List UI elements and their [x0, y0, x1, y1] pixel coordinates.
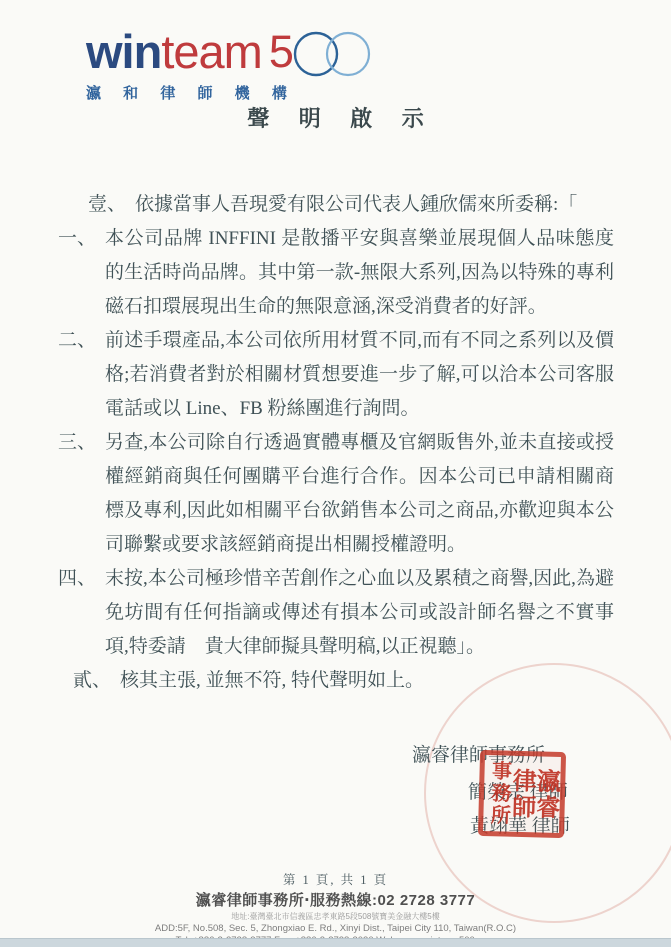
square-seal-stamp: 事務所 律師 瀛睿: [478, 750, 566, 838]
statement-item-2: 二、 前述手環產品,本公司依所用材質不同,而有不同之系列以及價格;若消費者對於相…: [58, 324, 614, 426]
closing-label: 貳、: [73, 664, 120, 698]
item-label: 四、: [58, 562, 105, 664]
statement-item-4: 四、 末按,本公司極珍惜辛苦創作之心血以及累積之商譽,因此,為避免坊間有任何指謫…: [58, 562, 614, 664]
page-number: 第 1 頁, 共 1 頁: [0, 870, 671, 888]
item-label: 三、: [58, 426, 105, 562]
statement-item-1: 一、 本公司品牌 INFFINI 是散播平安與喜樂並展現個人品味態度的生活時尚品…: [58, 222, 614, 324]
footer-firm-hotline: 瀛睿律師事務所‧服務熱線:02 2728 3777: [0, 889, 671, 910]
statement-item-3: 三、 另查,本公司除自行透過實體專櫃及官網販售外,並未直接或授權經銷商與任何團購…: [58, 426, 614, 562]
item-text: 另查,本公司除自行透過實體專櫃及官網販售外,並未直接或授權經銷商與任何團購平台進…: [105, 426, 614, 562]
intro-label: 壹、: [88, 188, 135, 222]
item-text: 末按,本公司極珍惜辛苦創作之心血以及累積之商譽,因此,為避免坊間有任何指謫或傳述…: [105, 562, 614, 664]
seal-column-right: 瀛睿: [532, 768, 557, 821]
logo-word-win: win: [86, 24, 161, 79]
page-title: 聲 明 啟 示: [0, 102, 671, 133]
footer-address-zh: 地址:臺灣臺北市信義區忠孝東路5段508號寶美金融大樓5樓: [0, 911, 671, 922]
logo-subtitle: 瀛 和 律 師 機 構: [86, 82, 377, 103]
scan-bottom-band: [0, 938, 671, 947]
item-label: 一、: [58, 222, 105, 324]
seal-column-middle: 律師: [508, 768, 533, 821]
intro-text: 依據當事人吾現愛有限公司代表人鍾欣儒來所委稱:「: [135, 188, 614, 222]
logo-wordmark: win team 5: [86, 24, 377, 79]
item-text: 本公司品牌 INFFINI 是散播平安與喜樂並展現個人品味態度的生活時尚品牌。其…: [105, 222, 614, 324]
footer-address-en: ADD:5F, No.508, Sec. 5, Zhongxiao E. Rd.…: [0, 923, 671, 934]
item-label: 二、: [58, 324, 105, 426]
document-page: win team 5 瀛 和 律 師 機 構 聲 明 啟 示 壹、 依據當事人吾…: [0, 0, 671, 947]
winteam500-logo: win team 5 瀛 和 律 師 機 構: [86, 24, 377, 103]
doc-body: 壹、 依據當事人吾現愛有限公司代表人鍾欣儒來所委稱:「 一、 本公司品牌 INF…: [58, 188, 614, 698]
item-text: 前述手環產品,本公司依所用材質不同,而有不同之系列以及價格;若消費者對於相關材質…: [105, 324, 614, 426]
logo-double-circle-icon: [291, 25, 377, 79]
intro-paragraph: 壹、 依據當事人吾現愛有限公司代表人鍾欣儒來所委稱:「: [58, 188, 614, 222]
logo-word-team: team: [161, 24, 262, 79]
